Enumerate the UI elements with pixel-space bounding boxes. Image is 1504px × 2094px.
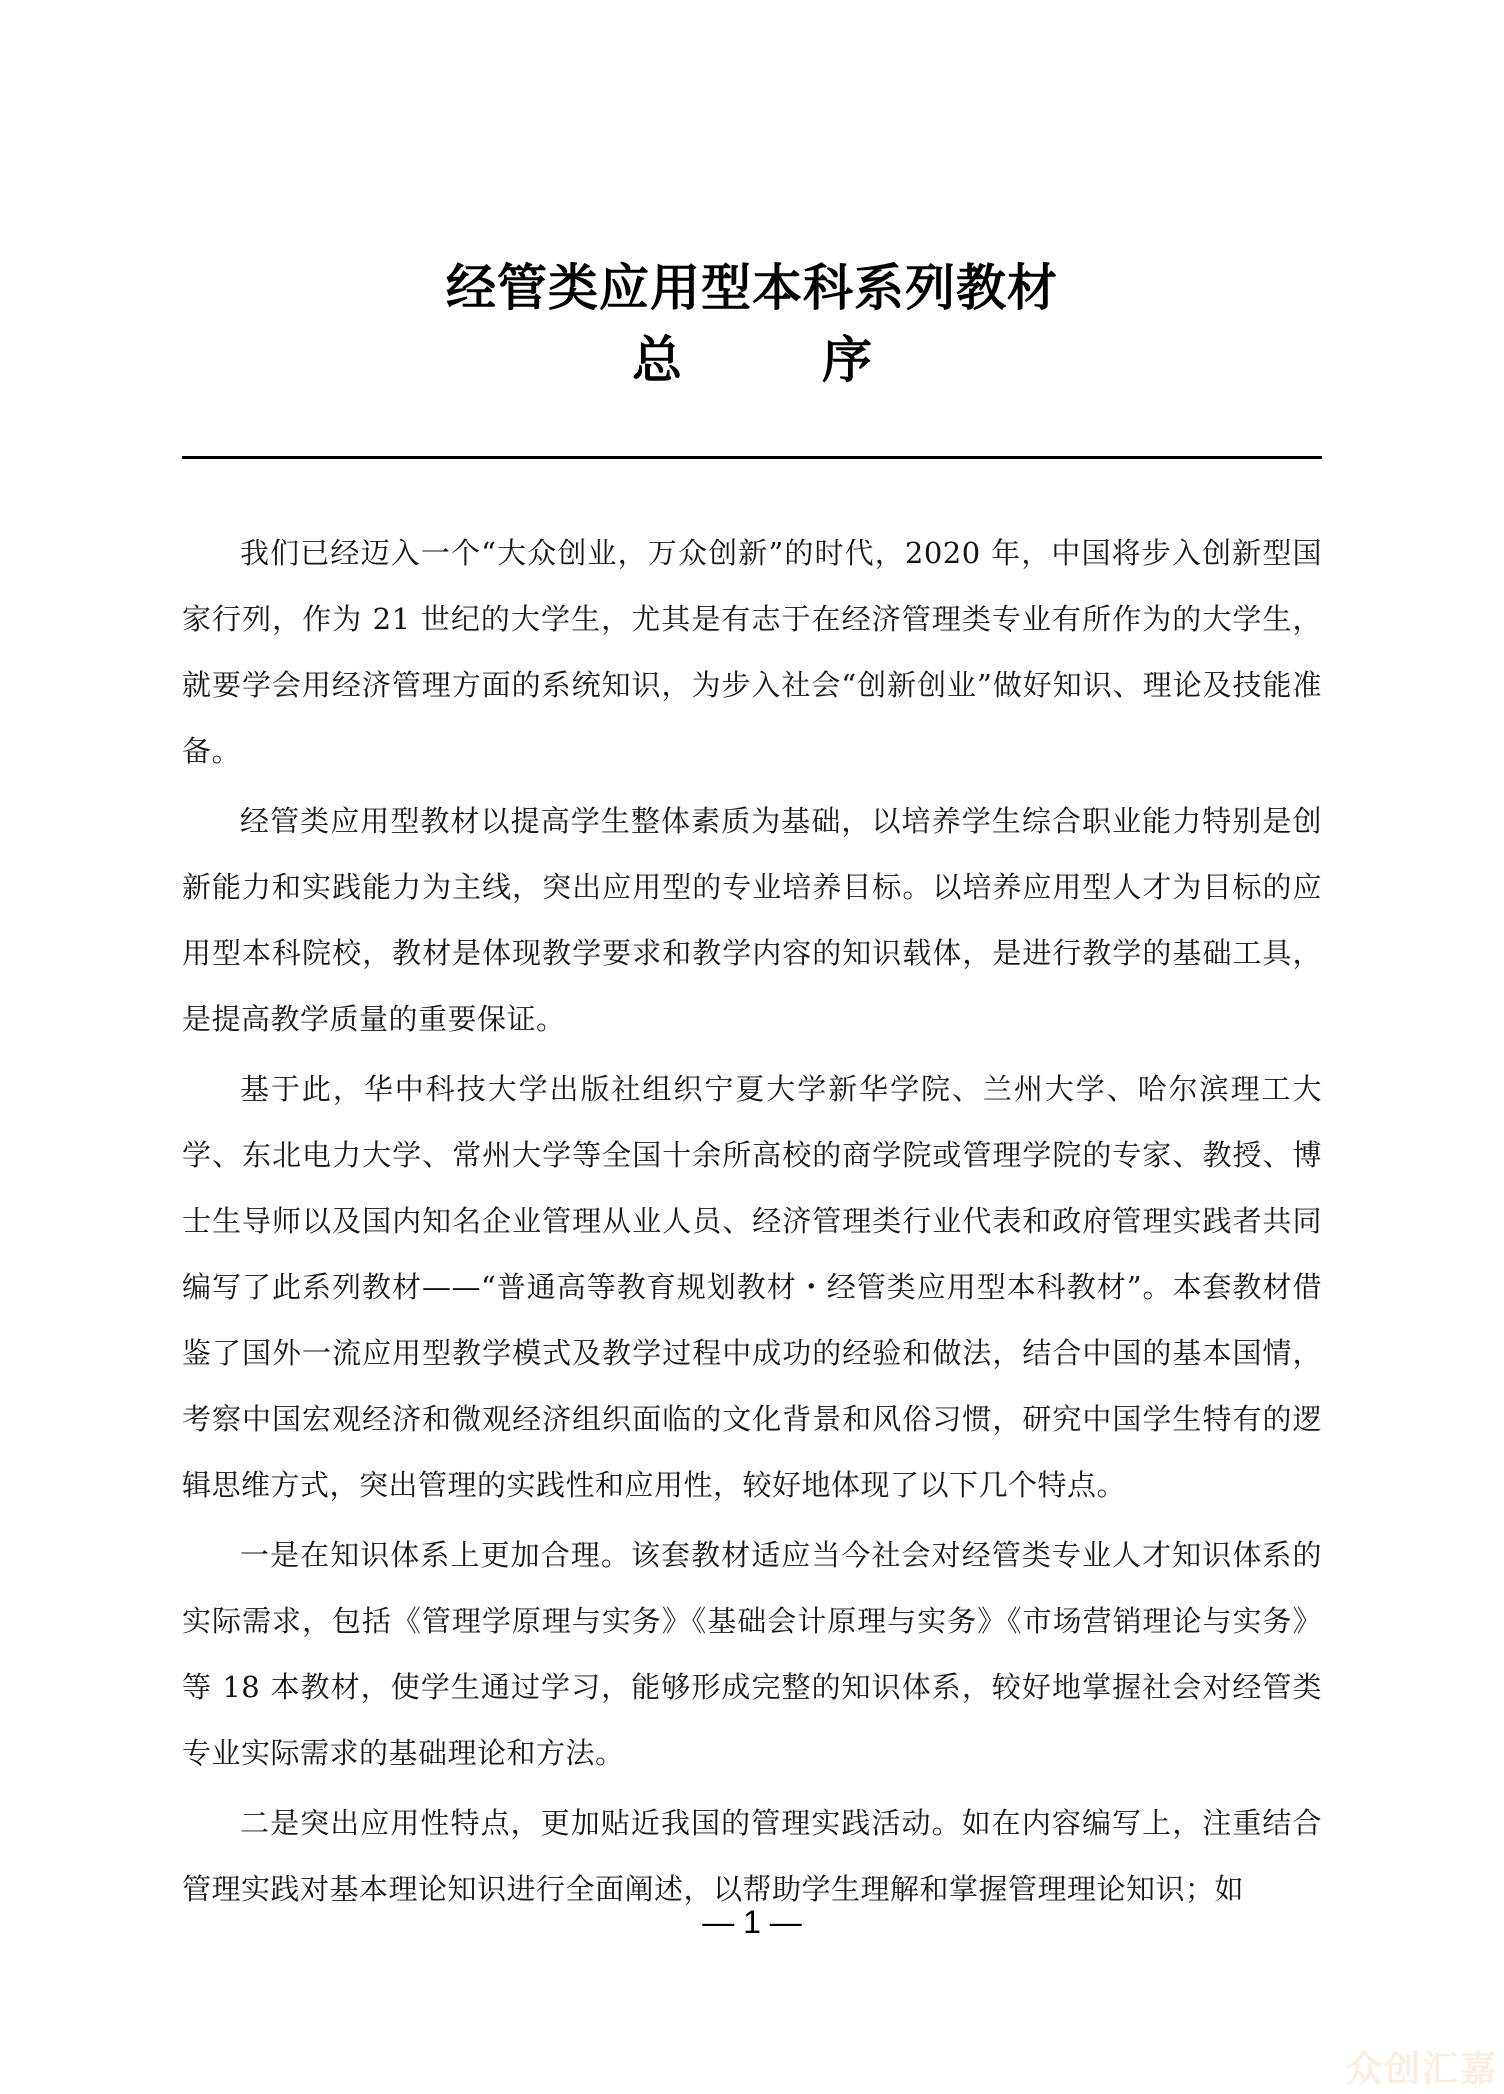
body-text: 我们已经迈入一个“大众创业，万众创新”的时代，2020 年，中国将步入创新型国家… <box>182 520 1322 1926</box>
title-block: 经管类应用型本科系列教材 总 序 <box>0 258 1504 390</box>
series-title: 经管类应用型本科系列教材 <box>0 258 1504 318</box>
preface-title-char-2: 序 <box>822 330 872 390</box>
paragraph-5: 二是突出应用性特点，更加贴近我国的管理实践活动。如在内容编写上，注重结合管理实践… <box>182 1790 1322 1922</box>
paragraph-2: 经管类应用型教材以提高学生整体素质为基础，以培养学生综合职业能力特别是创新能力和… <box>182 788 1322 1052</box>
preface-title: 总 序 <box>0 330 1504 390</box>
watermark-logo: 众创汇嘉 <box>1346 2041 1498 2092</box>
page-number: — 1 — <box>0 1904 1504 1941</box>
paragraph-3: 基于此，华中科技大学出版社组织宁夏大学新华学院、兰州大学、哈尔滨理工大学、东北电… <box>182 1056 1322 1518</box>
document-page: 经管类应用型本科系列教材 总 序 我们已经迈入一个“大众创业，万众创新”的时代，… <box>0 0 1504 2094</box>
horizontal-rule-divider <box>182 456 1322 459</box>
preface-title-char-1: 总 <box>632 330 682 390</box>
paragraph-1: 我们已经迈入一个“大众创业，万众创新”的时代，2020 年，中国将步入创新型国家… <box>182 520 1322 784</box>
paragraph-4: 一是在知识体系上更加合理。该套教材适应当今社会对经管类专业人才知识体系的实际需求… <box>182 1522 1322 1786</box>
